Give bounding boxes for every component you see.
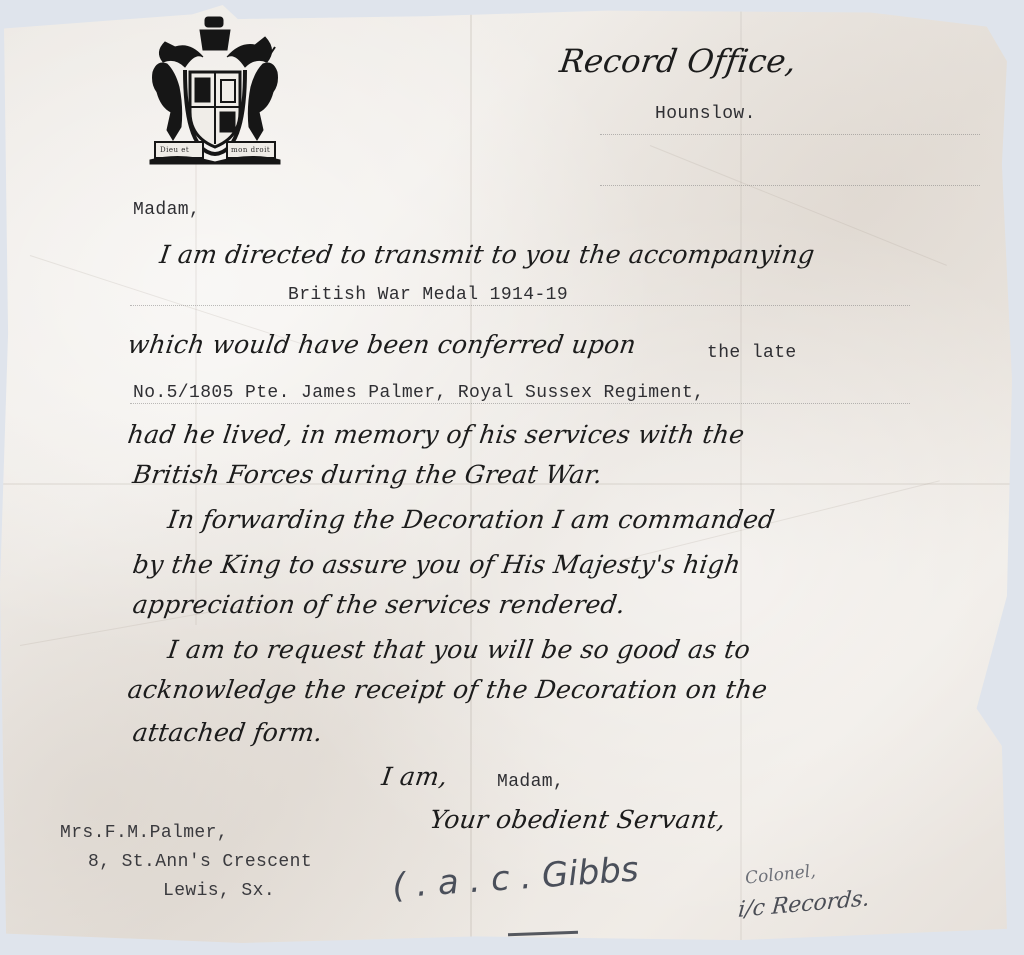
closing-i-am: I am,	[380, 762, 449, 791]
para3-line-2: acknowledge the receipt of the Decoratio…	[126, 675, 769, 704]
location-hounslow: Hounslow.	[655, 104, 756, 124]
record-office-heading: Record Office,	[557, 42, 799, 80]
recipient-details: No.5/1805 Pte. James Palmer, Royal Susse…	[133, 383, 704, 403]
closing-madam: Madam,	[497, 772, 564, 792]
dotted-rule	[600, 134, 980, 135]
body-line-6: British Forces during the Great War.	[131, 460, 604, 489]
body-line-3: which would have been conferred upon	[126, 330, 638, 359]
paper-crease	[740, 5, 742, 943]
dotted-rule	[600, 185, 980, 186]
crest-motto-right: mon droit	[231, 146, 270, 154]
para3-line-3: attached form.	[131, 718, 325, 747]
award-name: British War Medal 1914-19	[288, 285, 568, 305]
addressee-town: Lewis, Sx.	[163, 881, 275, 901]
royal-coat-of-arms-icon: Dieu et mon droit	[145, 12, 285, 167]
para3-line-1: I am to request that you will be so good…	[166, 635, 752, 664]
salutation: Madam,	[133, 200, 200, 220]
addressee-street: 8, St.Ann's Crescent	[88, 852, 312, 872]
para2-line-2: by the King to assure you of His Majesty…	[131, 550, 743, 579]
dotted-rule	[130, 403, 910, 404]
para2-line-1: In forwarding the Decoration I am comman…	[166, 505, 777, 534]
dotted-rule	[130, 305, 910, 306]
body-line-3-typed: the late	[707, 343, 797, 363]
crest-motto-left: Dieu et	[160, 146, 189, 154]
para2-line-3: appreciation of the services rendered.	[131, 590, 627, 619]
body-line-1: I am directed to transmit to you the acc…	[158, 240, 816, 269]
addressee-name: Mrs.F.M.Palmer,	[60, 823, 228, 843]
body-line-5: had he lived, in memory of his services …	[126, 420, 746, 449]
closing-servant: Your obedient Servant,	[428, 805, 728, 834]
